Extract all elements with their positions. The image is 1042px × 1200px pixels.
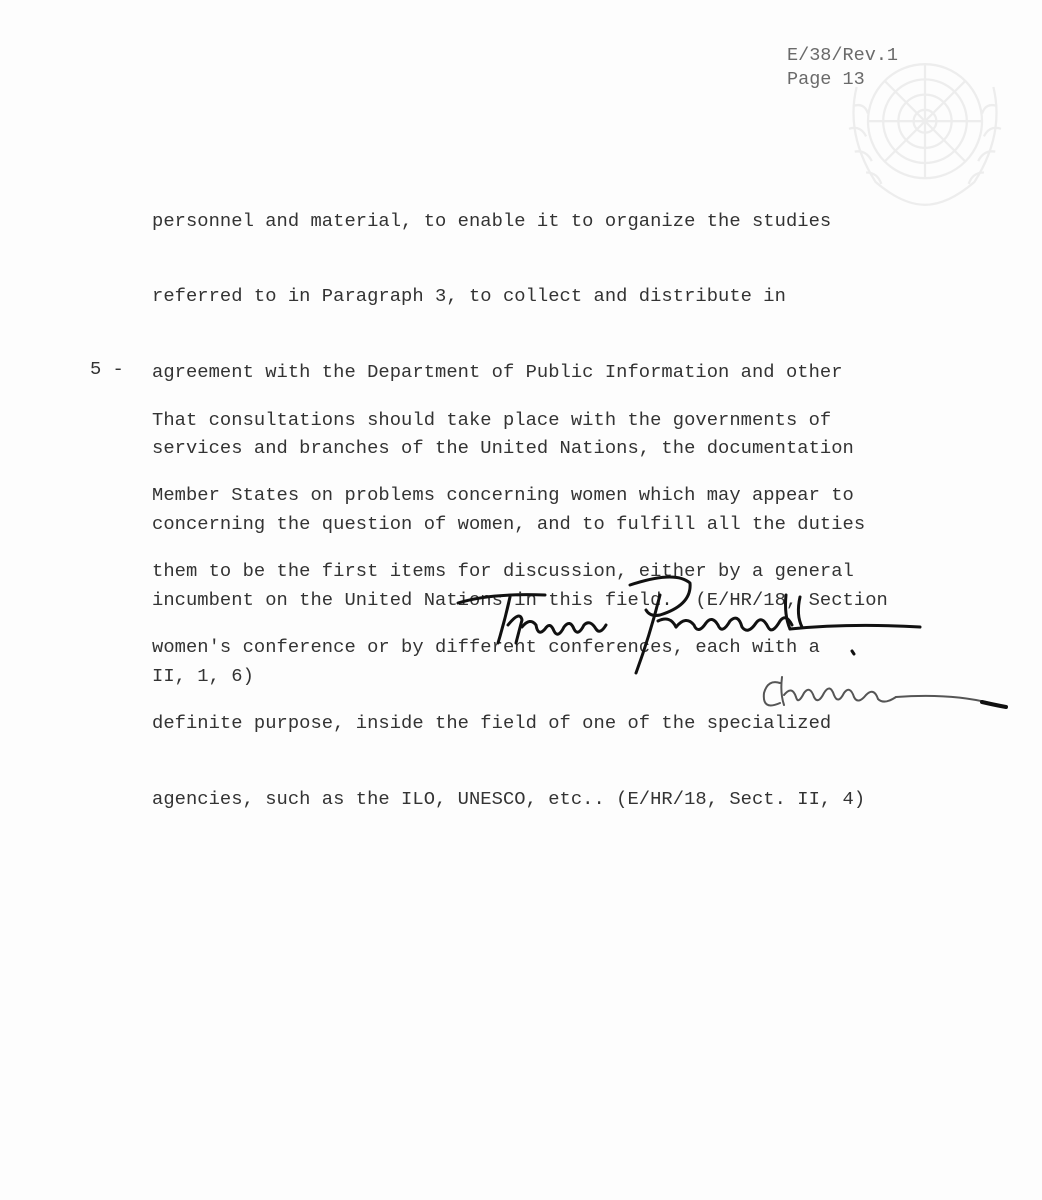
page-number: Page 13 xyxy=(787,68,898,92)
document-reference: E/38/Rev.1Page 13 xyxy=(787,44,898,92)
text-line: agencies, such as the ILO, UNESCO, etc..… xyxy=(152,787,865,812)
text-line: That consultations should take place wit… xyxy=(152,408,865,433)
text-line: personnel and material, to enable it to … xyxy=(152,209,888,234)
paragraph-number: 5 - xyxy=(90,357,124,382)
text-line: Member States on problems concerning wom… xyxy=(152,483,865,508)
document-symbol: E/38/Rev.1 xyxy=(787,44,898,68)
handwritten-signature-icon: Eleanor Roosevelt xyxy=(450,565,1020,725)
document-page: E/38/Rev.1Page 13 personnel and material… xyxy=(0,0,1042,1200)
text-line: referred to in Paragraph 3, to collect a… xyxy=(152,284,888,309)
